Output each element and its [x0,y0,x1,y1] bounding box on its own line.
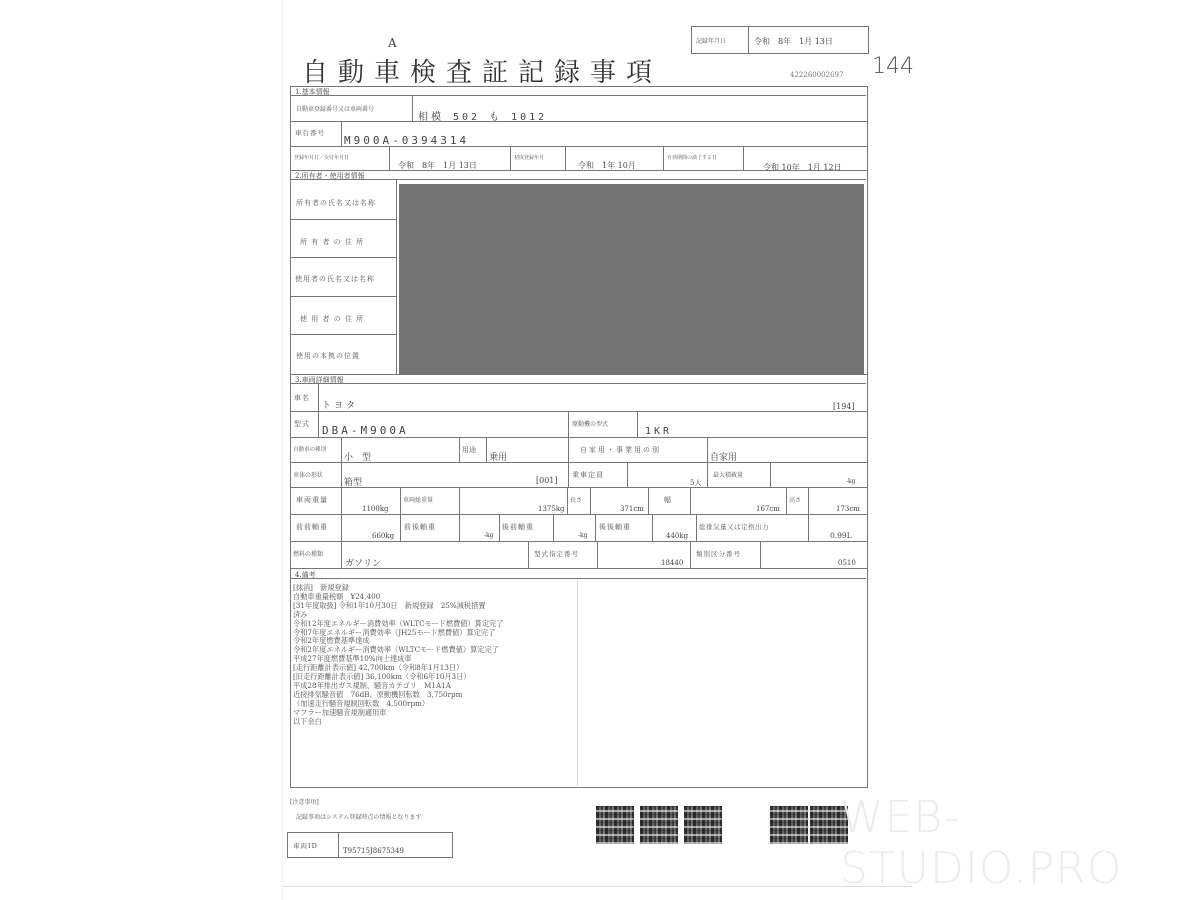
user-address-label: 使 用 者 の 住 所 [300,314,364,324]
front-front-axle-label: 前前軸重 [296,522,328,532]
make-label: 車名 [294,393,310,403]
displacement-label: 総排気量又は定格出力 [699,522,769,531]
record-date-value: 令和 8年 1月 13日 [754,36,833,47]
gross-weight-value: 1375kg [538,505,565,513]
page-bottom-edge [282,886,912,887]
section-2-heading: 2.所有者・使用者情報 [291,171,866,180]
remark-line: [31年度取扱] 令和1年10月30日 新規登録 25%減税措置 [293,602,503,611]
remark-line: 以下余白 [293,718,503,727]
vehicle-id-label: 車両ID [293,841,318,850]
rear-front-axle-value: -kg [578,532,588,539]
section-3-heading: 3.車両詳細情報 [291,375,866,384]
engine-label: 原動機の型式 [572,419,608,428]
fuel-label: 燃料の種類 [293,549,323,558]
height-label: 高さ [789,495,801,504]
rear-rear-axle-value: 440kg [666,532,688,540]
qr-code-icon [596,806,634,844]
private-label: 自家用・事業用の別 [580,445,661,455]
max-load-value: -kg [846,478,856,485]
displacement-value: 0.99L [830,531,852,540]
reg-number-label: 自動車登録番号又は車両番号 [296,104,374,113]
redacted-owner-info [399,184,864,374]
length-value: 371cm [620,505,644,513]
max-load-label: 最大積載量 [713,470,743,479]
front-rear-axle-label: 前後軸重 [404,522,436,532]
capacity-label: 乗車定員 [572,470,604,480]
weight-label: 車両重量 [296,495,328,505]
reg-number-value: 相模 502 も 1012 [418,108,547,123]
chassis-value: M900A-0394314 [344,134,469,147]
length-label: 長さ [570,495,582,504]
document-title: 自動車検査証記録事項 [302,52,662,89]
record-date-label: 記録年月日 [696,36,726,45]
qr-code-icon [770,806,808,844]
notice-text: 記録事項はシステム登録時点の情報となります [296,812,421,821]
owner-name-label: 所有者の氏名又は名称 [296,198,376,208]
rear-rear-axle-label: 後後軸重 [599,522,631,532]
record-date-box: 記録年月日 令和 8年 1月 13日 [691,26,869,54]
make-value: トヨタ [322,398,358,411]
handwritten-note: 144 [872,54,914,79]
type-designation-label: 型式指定番号 [534,549,579,558]
issue-date-value: 令和 8年 1月 13日 [398,160,477,171]
rear-front-axle-label: 後前軸重 [502,522,534,532]
first-reg-label: 初度登録年月 [514,154,544,161]
width-label: 幅 [664,495,672,505]
base-location-label: 使用の本拠の位置 [296,351,360,361]
notice-heading: [注意事項] [290,797,319,806]
front-rear-axle-value: -kg [484,532,494,539]
body-label: 車体の形状 [293,470,323,479]
engine-value: 1KR [645,426,672,437]
model-label: 型式 [294,419,310,429]
owner-address-label: 所 有 者 の 住 所 [300,237,364,247]
make-code: [194] [833,402,855,411]
category-value: 0510 [838,559,856,567]
first-reg-value: 令和 1年 10月 [578,160,636,171]
expiry-label: 有効期間の満了する日 [667,154,717,161]
document-number: 422260002697 [790,71,843,79]
page-mark: A [388,36,397,50]
remark-line: マフラー加速騒音規制適用車 [293,709,503,718]
height-value: 173cm [836,505,860,513]
page-edge-left [282,0,283,900]
chassis-label: 車台番号 [295,128,325,137]
vehicle-type-label: 自動車の種別 [293,445,326,453]
section-1-heading: 1.基本情報 [291,87,866,96]
model-value: DBA-M900A [322,424,409,437]
body-code: [001] [536,476,558,485]
weight-value: 1100kg [362,505,389,513]
type-designation-value: 18440 [661,559,683,567]
section-4-heading: 4.備考 [291,570,866,579]
category-label: 類別区分番号 [696,549,741,558]
width-value: 167cm [756,505,780,513]
use-label: 用途 [462,445,476,455]
vehicle-id-box: 車両ID T95715J8675349 [287,832,453,858]
watermark: WEB-STUDIO.PRO [840,792,1200,894]
issue-date-label: 登録年月日／交付年月日 [294,154,349,161]
remarks-list: [抹消] 新規登録自動車重量税額 ¥24,400[31年度取扱] 令和1年10月… [293,584,503,727]
user-name-label: 使用者の氏名又は名称 [295,274,375,284]
qr-code-icon [640,806,678,844]
vehicle-id-value: T95715J8675349 [343,847,404,855]
gross-weight-label: 車両総重量 [403,495,433,504]
qr-code-icon [684,806,722,844]
front-front-axle-value: 660kg [372,532,394,540]
